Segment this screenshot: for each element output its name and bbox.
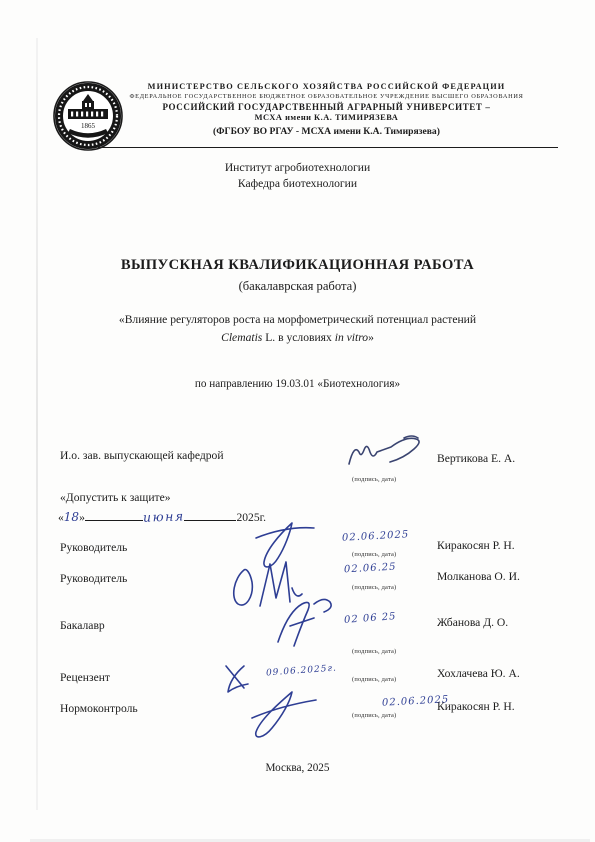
topic-line1: «Влияние регуляторов роста на морфометри… bbox=[119, 313, 476, 326]
work-subtype: (бакалаврская работа) bbox=[0, 279, 595, 294]
handwritten-month: июня bbox=[143, 508, 185, 524]
signer-name: Жбанова Д. О. bbox=[437, 616, 508, 629]
scan-edge-artifact bbox=[36, 38, 38, 810]
topic-middle: L. в условиях bbox=[262, 331, 334, 344]
city-year-footer: Москва, 2025 bbox=[0, 762, 595, 774]
signer-name: Хохлачева Ю. А. bbox=[437, 667, 520, 680]
university-name-line2: МСХА имени К.А. ТИМИРЯЗЕВА bbox=[95, 113, 558, 124]
signer-label: Руководитель bbox=[60, 572, 127, 585]
signer-label: Бакалавр bbox=[60, 619, 105, 632]
sign-date-caption: (подпись, дата) bbox=[352, 584, 396, 591]
handwritten-day: 18 bbox=[64, 510, 79, 524]
handwritten-date: 02.06.25 bbox=[344, 562, 397, 576]
federal-institution-line: ФЕДЕРАЛЬНОЕ ГОСУДАРСТВЕННОЕ БЮДЖЕТНОЕ ОБ… bbox=[95, 93, 558, 101]
signature-kirakosyan-2 bbox=[246, 688, 322, 744]
study-direction: по направлению 19.03.01 «Биотехнология» bbox=[0, 378, 595, 390]
thesis-topic: «Влияние регуляторов роста на морфометри… bbox=[40, 311, 555, 347]
sign-date-caption: (подпись, дата) bbox=[352, 676, 396, 683]
signer-label: Рецензент bbox=[60, 671, 110, 684]
signer-label: Руководитель bbox=[60, 541, 127, 554]
signature-vertikova bbox=[346, 432, 426, 474]
handwritten-date: 09.06.2025г. bbox=[266, 664, 337, 679]
institute-name: Институт агробиотехнологии bbox=[0, 161, 595, 174]
sign-date-caption: (подпись, дата) bbox=[352, 648, 396, 655]
handwritten-date: 02 06 25 bbox=[344, 611, 397, 626]
university-name-line1: РОССИЙСКИЙ ГОСУДАРСТВЕННЫЙ АГРАРНЫЙ УНИВ… bbox=[95, 102, 558, 113]
thesis-title-page: 1865 МИНИСТЕРСТВО СЕЛЬСКОГО ХОЗЯЙСТВА РО… bbox=[0, 0, 595, 842]
signer-name: Киракосян Р. Н. bbox=[437, 539, 515, 552]
admission-date-line: «18»июня2025г. bbox=[58, 508, 266, 526]
seal-year: 1865 bbox=[81, 122, 96, 130]
university-abbreviation: (ФГБОУ ВО РГАУ - МСХА имени К.А. Тимиряз… bbox=[95, 126, 558, 138]
topic-invitro-italic: in vitro bbox=[335, 331, 368, 344]
department-name: Кафедра биотехнологии bbox=[0, 177, 595, 190]
topic-genus-italic: Clematis bbox=[221, 331, 262, 344]
sign-date-caption: (подпись, дата) bbox=[352, 476, 396, 483]
blank-underline bbox=[184, 508, 236, 521]
admit-to-defense-line: «Допустить к защите» bbox=[60, 491, 171, 504]
signature-zhbanova bbox=[268, 596, 338, 650]
document-header: МИНИСТЕРСТВО СЕЛЬСКОГО ХОЗЯЙСТВА РОССИЙС… bbox=[95, 82, 558, 138]
head-of-department-name: Вертикова Е. А. bbox=[437, 452, 515, 465]
handwritten-date: 02.06.2025 bbox=[342, 529, 410, 544]
signer-label: Нормоконтроль bbox=[60, 702, 138, 715]
ministry-line: МИНИСТЕРСТВО СЕЛЬСКОГО ХОЗЯЙСТВА РОССИЙС… bbox=[95, 82, 558, 92]
signer-name: Киракосян Р. Н. bbox=[437, 700, 515, 713]
head-of-department-label: И.о. зав. выпускающей кафедрой bbox=[60, 449, 224, 462]
blank-underline bbox=[85, 508, 143, 521]
sign-date-caption: (подпись, дата) bbox=[352, 712, 396, 719]
sign-date-caption: (подпись, дата) bbox=[352, 551, 396, 558]
signer-name: Молканова О. И. bbox=[437, 570, 520, 583]
header-divider-line bbox=[98, 147, 558, 148]
work-type-title: ВЫПУСКНАЯ КВАЛИФИКАЦИОННАЯ РАБОТА bbox=[0, 257, 595, 274]
topic-close-quote: » bbox=[368, 331, 374, 344]
